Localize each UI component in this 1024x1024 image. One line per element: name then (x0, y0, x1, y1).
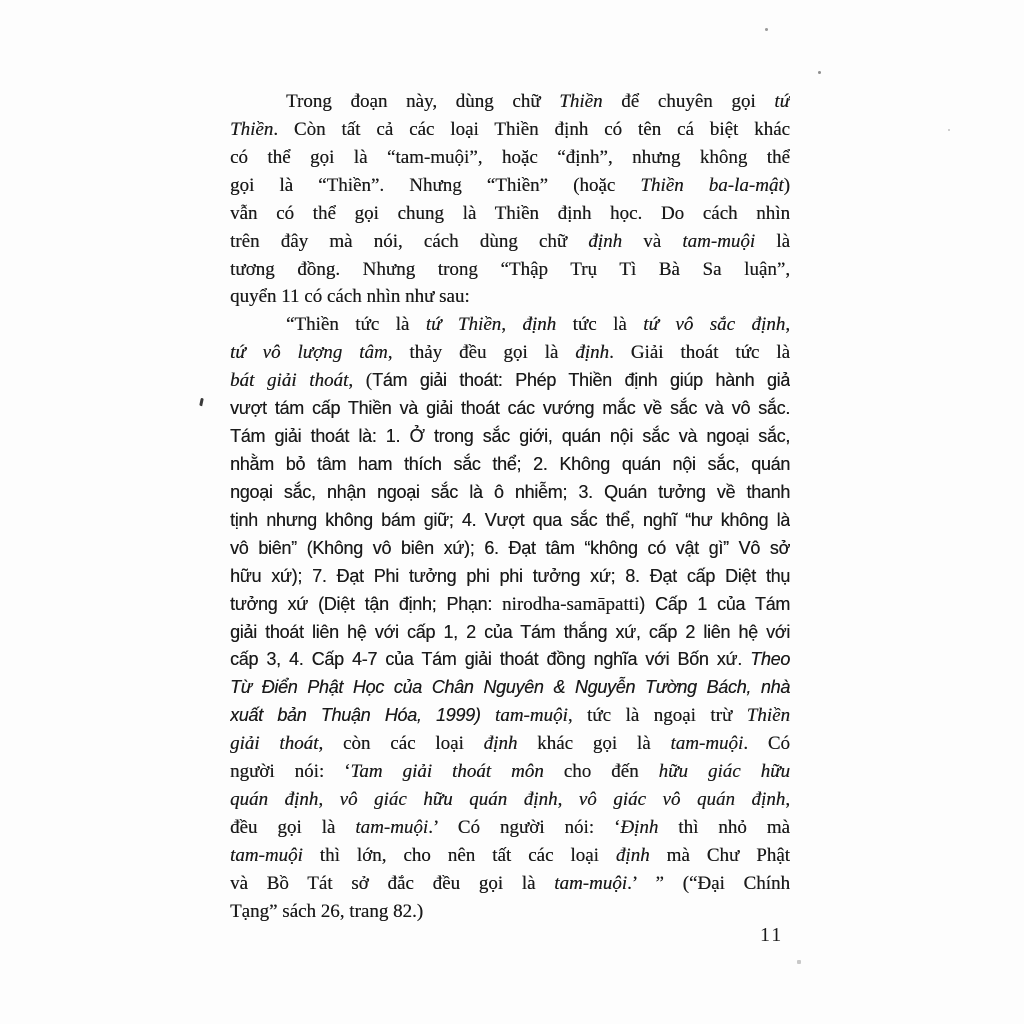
scan-speck (765, 28, 768, 31)
text-segment: định (616, 845, 650, 866)
text-segment: tam-muội (682, 231, 755, 252)
text-segment: để chuyên gọi (603, 91, 775, 112)
text-segment: tức là (556, 314, 643, 335)
text-segment: và Bồ Tát sở đắc đều gọi là (230, 873, 554, 894)
text-segment: giải thoát liên hệ với cấp 1, 2 của Tám … (230, 622, 790, 642)
text-segment: thì lớn, cho nên tất các loại (303, 845, 616, 866)
text-segment: trên đây mà nói, cách dùng chữ (230, 231, 588, 252)
text-segment: ngoại sắc, nhận ngoại sắc là ô nhiễm; 3.… (230, 482, 790, 502)
text-line: nhằm bỏ tâm ham thích sắc thể; 2. Không … (230, 451, 790, 479)
text-segment: định (522, 314, 556, 335)
text-segment: tứ Thiền (426, 314, 501, 335)
text-segment: khác gọi là (517, 733, 670, 754)
text-segment: bát giải thoát (230, 370, 348, 391)
text-segment: . Có (743, 733, 790, 754)
text-segment: cho đến (544, 761, 659, 782)
text-line: giải thoát liên hệ với cấp 1, 2 của Tám … (230, 619, 790, 647)
text-segment: định (575, 342, 609, 363)
text-line: tưởng xứ (Diệt tận định; Phạn: nirodha-s… (230, 591, 790, 619)
text-segment: định (484, 733, 518, 754)
text-segment: tưởng xứ (Diệt tận định; Phạn: (230, 594, 502, 614)
margin-ink-mark (199, 398, 204, 406)
text-segment: tam-muội (355, 817, 428, 838)
text-segment: tương đồng. Nhưng trong “Thập Trụ Tì Bà … (230, 259, 790, 280)
text-segment: ) Cấp 1 của Tám (639, 594, 790, 614)
text-segment: , thảy đều gọi là (388, 342, 576, 363)
text-segment: . Còn tất cả các loại Thiền định có tên … (273, 119, 790, 140)
text-segment: Thiền (559, 91, 602, 112)
text-line: “Thiền tức là tứ Thiền, định tức là tứ v… (230, 311, 790, 339)
text-segment: định (588, 231, 622, 252)
text-segment: Tám giải thoát là: 1. Ở trong sắc giới, … (230, 426, 790, 446)
text-segment: tam-muội (230, 845, 303, 866)
text-segment: .’ ” (“Đại Chính (627, 873, 790, 894)
text-segment: đều gọi là (230, 817, 355, 838)
text-segment: xuất bản Thuận Hóa, 1999) (230, 705, 481, 725)
text-segment: gọi là “Thiền”. Nhưng “Thiền” (hoặc (230, 175, 640, 196)
text-line: quán định, vô giác hữu quán định, vô giá… (230, 786, 790, 814)
text-segment: cấp 3, 4. Cấp 4-7 của Tám giải thoát đồn… (230, 649, 750, 669)
text-segment: Từ Điển Phật Học của Chân Nguyên & Nguyễ… (230, 677, 790, 697)
text-segment: Thiền (230, 119, 273, 140)
text-line: tứ vô lượng tâm, thảy đều gọi là định. G… (230, 339, 790, 367)
text-segment: Tạng” sách 26, trang 82.) (230, 901, 423, 922)
text-segment: , (785, 789, 790, 810)
text-segment: tứ vô sắc định (643, 314, 785, 335)
scan-speck (948, 129, 950, 131)
text-segment: vô giác vô quán định (579, 789, 785, 810)
scan-speck (818, 71, 821, 74)
text-segment: tam-muội (670, 733, 743, 754)
text-segment (481, 705, 495, 726)
text-line: Thiền. Còn tất cả các loại Thiền định có… (230, 116, 790, 144)
text-segment: , còn các loại (318, 733, 483, 754)
text-segment: Trong đoạn này, dùng chữ (286, 91, 559, 112)
text-segment: vẫn có thể gọi chung là Thiền định học. … (230, 203, 790, 224)
text-line: hữu xứ); 7. Đạt Phi tưởng phi phi tưởng … (230, 563, 790, 591)
text-segment: , (785, 314, 790, 335)
text-segment: hữu xứ); 7. Đạt Phi tưởng phi phi tưởng … (230, 566, 790, 586)
text-segment: tứ vô lượng tâm (230, 342, 388, 363)
text-segment: tam-muội (495, 705, 568, 726)
text-segment: vô giác hữu quán định (340, 789, 558, 810)
text-segment: Định (620, 817, 658, 838)
text-segment: ) (784, 175, 790, 196)
text-segment: và (622, 231, 682, 252)
text-line: trên đây mà nói, cách dùng chữ định và t… (230, 228, 790, 256)
text-line: có thể gọi là “tam-muội”, hoặc “định”, n… (230, 144, 790, 172)
page-number: 11 (760, 924, 794, 947)
text-line: ngoại sắc, nhận ngoại sắc là ô nhiễm; 3.… (230, 479, 790, 507)
text-segment: vượt tám cấp Thiền và giải thoát các vướ… (230, 398, 790, 418)
text-segment: tứ (774, 91, 790, 112)
text-segment: vô biên” (Không vô biên xứ); 6. Đạt tâm … (230, 538, 790, 558)
text-segment: hữu giác hữu (659, 761, 790, 782)
text-line: cấp 3, 4. Cấp 4-7 của Tám giải thoát đồn… (230, 646, 790, 674)
text-segment: , tức là ngoại trừ (568, 705, 747, 726)
text-line: tịnh nhưng không bám giữ; 4. Vượt qua sắ… (230, 507, 790, 535)
text-line: Trong đoạn này, dùng chữ Thiền để chuyên… (230, 88, 790, 116)
text-line: tương đồng. Nhưng trong “Thập Trụ Tì Bà … (230, 256, 790, 284)
text-segment: tịnh nhưng không bám giữ; 4. Vượt qua sắ… (230, 510, 790, 530)
text-segment: Tam giải thoát môn (350, 761, 543, 782)
text-segment: Thiền (747, 705, 790, 726)
text-segment: giải thoát (230, 733, 318, 754)
text-line: tam-muội thì lớn, cho nên tất các loại đ… (230, 842, 790, 870)
scan-speck (797, 960, 801, 964)
text-line: gọi là “Thiền”. Nhưng “Thiền” (hoặc Thiề… (230, 172, 790, 200)
text-segment: , (558, 789, 579, 810)
text-segment: .’ Có người nói: ‘ (428, 817, 620, 838)
text-line: xuất bản Thuận Hóa, 1999) tam-muội, tức … (230, 702, 790, 730)
text-segment: có thể gọi là “tam-muội”, hoặc “định”, n… (230, 147, 790, 168)
text-line: người nói: ‘Tam giải thoát môn cho đến h… (230, 758, 790, 786)
text-line: Tám giải thoát là: 1. Ở trong sắc giới, … (230, 423, 790, 451)
text-line: Từ Điển Phật Học của Chân Nguyên & Nguyễ… (230, 674, 790, 702)
text-line: vẫn có thể gọi chung là Thiền định học. … (230, 200, 790, 228)
scanned-book-page: Trong đoạn này, dùng chữ Thiền để chuyên… (0, 0, 1024, 1024)
text-segment: quyển 11 có cách nhìn như sau: (230, 286, 470, 307)
text-segment: tam-muội (554, 873, 627, 894)
text-line: vô biên” (Không vô biên xứ); 6. Đạt tâm … (230, 535, 790, 563)
text-segment: là (755, 231, 790, 252)
text-segment: “Thiền tức là (286, 314, 426, 335)
text-segment: . Giải thoát tức là (609, 342, 790, 363)
text-segment: quán định (230, 789, 318, 810)
text-line: giải thoát, còn các loại định khác gọi l… (230, 730, 790, 758)
text-segment: , (501, 314, 522, 335)
page-text: Trong đoạn này, dùng chữ Thiền để chuyên… (230, 88, 790, 926)
text-line: Tạng” sách 26, trang 82.) (230, 898, 790, 926)
text-segment: Thiền ba-la-mật (640, 175, 783, 196)
text-line: vượt tám cấp Thiền và giải thoát các vướ… (230, 395, 790, 423)
text-segment: Theo (750, 649, 790, 669)
text-segment: mà Chư Phật (650, 845, 790, 866)
text-segment: , (318, 789, 339, 810)
text-line: và Bồ Tát sở đắc đều gọi là tam-muội.’ ”… (230, 870, 790, 898)
text-segment: , ( (348, 370, 372, 391)
text-segment: Tám giải thoát: Phép Thiền định giúp hàn… (372, 370, 790, 390)
text-segment: người nói: ‘ (230, 761, 350, 782)
text-segment: thì nhỏ mà (658, 817, 790, 838)
text-segment: nirodha-samāpatti (502, 594, 639, 615)
text-line: quyển 11 có cách nhìn như sau: (230, 283, 790, 311)
text-line: bát giải thoát, (Tám giải thoát: Phép Th… (230, 367, 790, 395)
text-segment: nhằm bỏ tâm ham thích sắc thể; 2. Không … (230, 454, 790, 474)
text-line: đều gọi là tam-muội.’ Có người nói: ‘Địn… (230, 814, 790, 842)
